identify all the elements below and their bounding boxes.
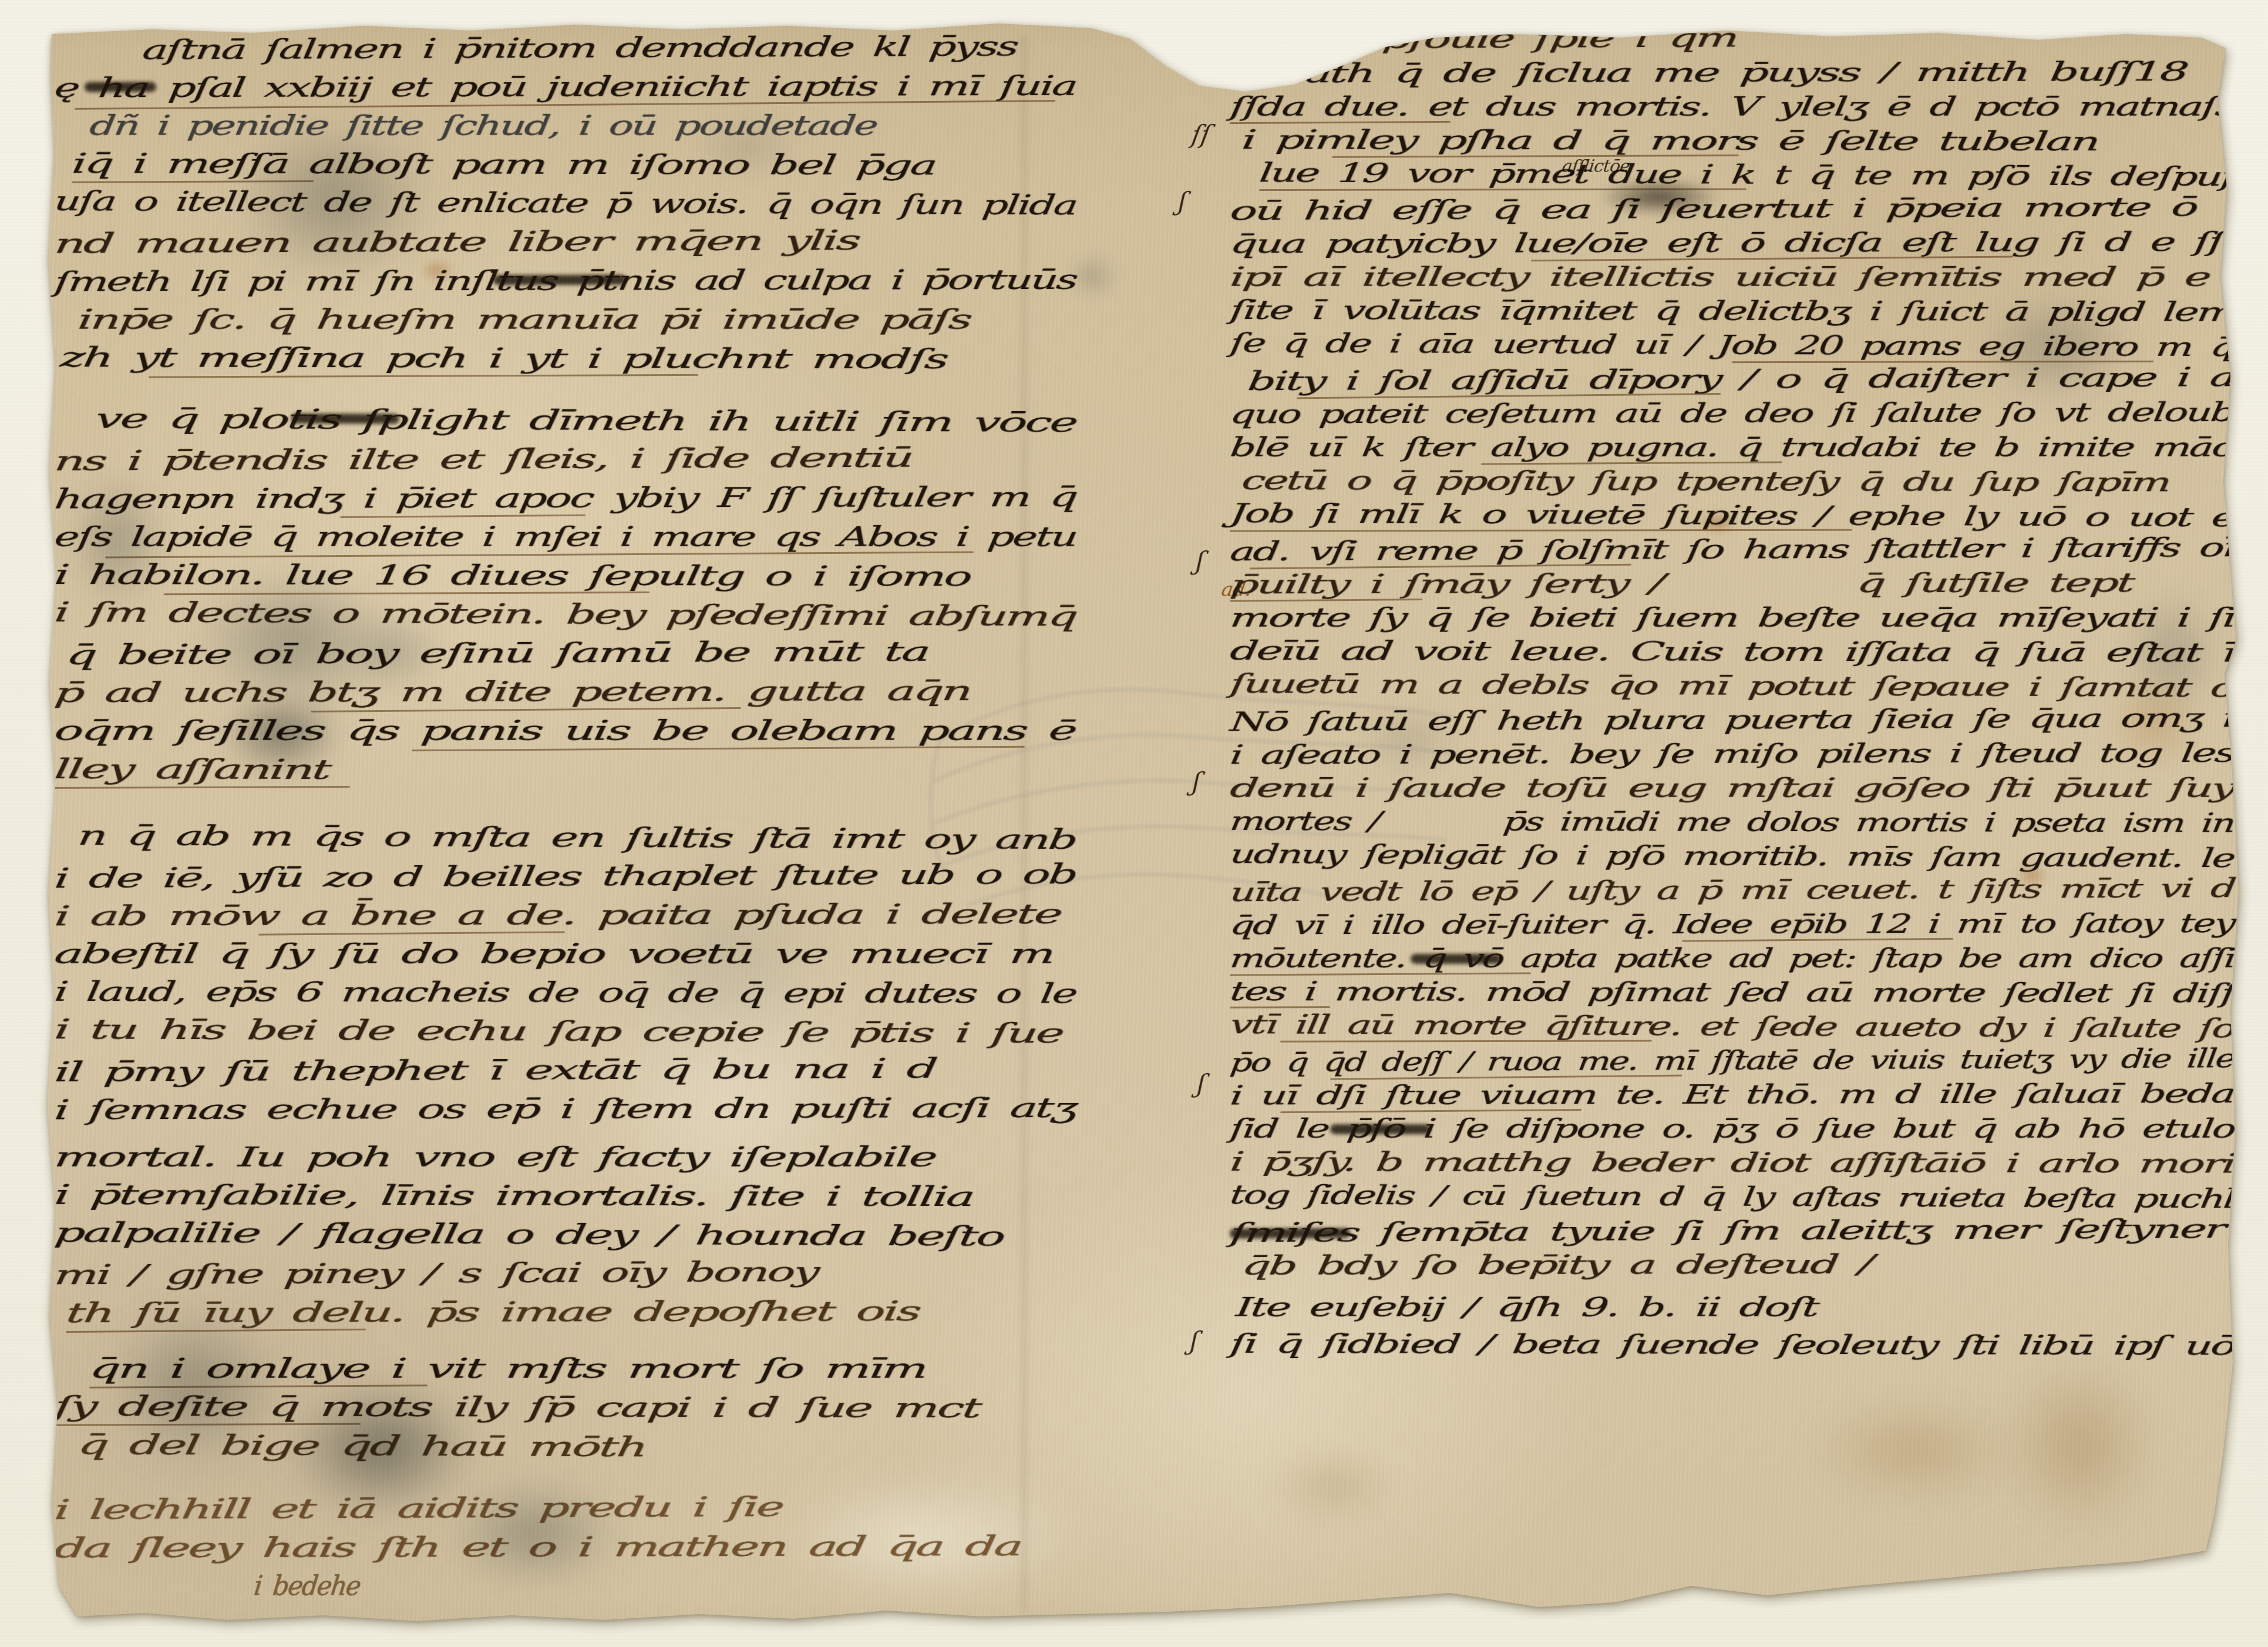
manuscript-line: vtī ill aū morte q̄ſiture. et ſede aueto… <box>1230 1008 2234 1046</box>
manuscript-line: Job ſi mlī k o viuetē ſupites / ephe ly … <box>1230 497 2234 535</box>
manuscript-line: bity i ſol aſſidū dīpory / o q̄ daiſter … <box>1247 361 2234 399</box>
manuscript-line: ſe q̄ de i aīa uertud uī / Job 20 pams e… <box>1230 327 2234 365</box>
manuscript-line: ſmiſes ſemp̄ta tyuie ſi ſm aleittʒ mer ſ… <box>1230 1212 2234 1251</box>
handwriting-text: tog ſidelis / cū ſuetun d q̄ ly aſtas ru… <box>1228 1178 2236 1216</box>
interlinear-note: ad. <box>1220 578 1253 601</box>
handwriting-text: tes i mortis. mōd pſimat ſed aū morte ſe… <box>1228 975 2236 1011</box>
handwriting-text: ipī aī itellecty itellictis uiciū ſemīti… <box>1228 261 2211 295</box>
handwriting-text: a p̄ſouie ſp̄ie i q̄m <box>1334 22 1739 58</box>
strikethrough-blot <box>1411 954 1501 964</box>
manuscript-line: mortes / p̄s imūdi me dolos mortis i pse… <box>1230 805 2234 841</box>
handwriting-text: denū i ſaude toſū eug mſtai gōſeo ſti p̄… <box>1228 772 2236 806</box>
handwriting-text: i uī dſi ſtue viuam te. Et thō. m d ille… <box>1228 1077 2236 1114</box>
manuscript-line: p̄o q̄ q̄d deſſ / ruoa me. mī ſſtatē de … <box>1230 1042 2234 1080</box>
handwriting-text: deīū ad voit leue. Cuis tom iſſata q̄ ſu… <box>1228 634 2236 671</box>
handwriting-text: quo pateit ceſetum aū de deo ſi ſalute ſ… <box>1228 396 2236 432</box>
handwriting-text: p̄o q̄ q̄d deſſ / ruoa me. mī ſſtatē de … <box>1228 1042 2236 1080</box>
manuscript-line: lue 19 vor p̄met due i k t q̄ te m pſō i… <box>1259 157 2234 195</box>
manuscript-line: q̄b bdy ſo bep̄ity a deſteud / <box>1241 1248 1905 1283</box>
handwriting-text: morte ſy q̄ ſe bieti ſuem beſte ueq̄a mī… <box>1228 601 2237 636</box>
strikethrough-blot <box>1330 1124 1431 1134</box>
manuscript-line: ſite ī volūtas īq̄mitet q̄ delictbʒ i ſu… <box>1230 294 2234 330</box>
handwriting-text: q̄ua patyicby lue/oīe eſt ō dicſa eſt lu… <box>1228 226 2236 262</box>
column-right: a p̄ſouie ſp̄ie i q̄mdeath q̄ de ſiclua … <box>0 0 2268 1647</box>
manuscript-line: denū i ſaude toſū eug mſtai gōſeo ſti p̄… <box>1230 772 2234 806</box>
handwriting-text: i aſeato i penēt. bey ſe miſo pilens i ſ… <box>1228 737 2236 773</box>
manuscript-line: blē uī k ſter alyo pugna. q̄ trudabi te … <box>1230 431 2234 465</box>
manuscript-line: ſid le p̄ſō i ſe diſpone o. p̄ʒ ō ſue bu… <box>1230 1112 2234 1147</box>
manuscript-line: quo pateit ceſetum aū de deo ſi ſalute ſ… <box>1230 396 2234 432</box>
manuscript-line: mōutente. q̄ vō apta patke ad pet: ſtap … <box>1230 942 2234 976</box>
handwriting-text: q̄b bdy ſo bep̄ity a deſteud / <box>1240 1248 1874 1283</box>
manuscript-line: ipī aī itellecty itellictis uiciū ſemīti… <box>1230 261 2234 295</box>
manuscript-line: tes i mortis. mōd pſimat ſed aū morte ſe… <box>1230 975 2234 1011</box>
handwriting-text: death q̄ de ſiclua me p̄uyss / mitth buſ… <box>1251 55 2189 91</box>
manuscript-line: cetū o q̄ p̄poſity ſup tpenteſy q̄ du ſu… <box>1241 464 2169 500</box>
manuscript-line: ſuuetū m a debls q̄o mī potut ſepaue i ſ… <box>1230 667 2234 705</box>
handwriting-text: ſe q̄ de i aīa uertud uī / Job 20 pams e… <box>1228 327 2236 365</box>
manuscript-line: death q̄ de ſiclua me p̄uyss / mitth buſ… <box>1253 55 2234 91</box>
handwriting-text: ſi q̄ ſidbied / beta ſuende ſeoleuty ſti… <box>1228 1327 2236 1364</box>
handwriting-text: cetū o q̄ p̄poſity ſup tpenteſy q̄ du ſu… <box>1240 464 2172 500</box>
manuscript-line: q̄ua patyicby lue/oīe eſt ō dicſa eſt lu… <box>1230 226 2234 262</box>
manuscript-line: udnuy ſepligāt ſo i pſō moritib. mīs ſam… <box>1230 838 2234 876</box>
manuscript-line: Nō ſatuū eſſ heth plura puerta ſieia ſe … <box>1230 701 2234 740</box>
handwriting-text: Nō ſatuū eſſ heth plura puerta ſieia ſe … <box>1228 701 2236 740</box>
manuscript-line: ſi q̄ ſidbied / beta ſuende ſeoleuty ſti… <box>1230 1327 2234 1364</box>
manuscript-line: i pimley pſha d q̄ mors ē ſelte tubelan <box>1241 123 2146 159</box>
handwriting-text: ſſda due. et dus mortis. V ylelʒ ē d pct… <box>1228 90 2236 125</box>
handwriting-text: ſite ī volūtas īq̄mitet q̄ delictbʒ i ſu… <box>1228 294 2236 330</box>
handwriting-text: q̄d vī i illo deī-ſuiter q̄. Idee ep̄ib … <box>1228 907 2236 943</box>
handwriting-text: Ite euſebij / q̄ſh 9. b. ii doſt <box>1234 1291 1819 1325</box>
handwriting-text: ſuuetū m a debls q̄o mī potut ſepaue i ſ… <box>1228 667 2236 705</box>
manuscript-photo: aſtnā ſalmen i p̄nitom demddande kl p̄ys… <box>0 0 2268 1647</box>
manuscript-line: a p̄ſouie ſp̄ie i q̄m <box>1335 21 1758 57</box>
handwriting-text: blē uī k ſter alyo pugna. q̄ trudabi te … <box>1228 431 2236 465</box>
handwriting-text: i p̄ʒſy. b matthg beder diot aſſiſtāiō i… <box>1228 1145 2236 1182</box>
handwriting-text: mortes / p̄s imūdi me dolos mortis i pse… <box>1228 805 2236 841</box>
manuscript-line: ſſda due. et dus mortis. V ylelʒ ē d pct… <box>1230 90 2234 125</box>
handwriting-text: i pimley pſha d q̄ mors ē ſelte tubelan <box>1240 123 2100 159</box>
handwriting-text: mōutente. q̄ vō apta patke ad pet: ſtap … <box>1228 942 2236 976</box>
manuscript-line: i p̄ʒſy. b matthg beder diot aſſiſtāiō i… <box>1230 1145 2234 1182</box>
manuscript-line: p̄uilty i ſmāy ſerty / q̄ ſutſile tept <box>1230 566 2193 602</box>
handwriting-text: bity i ſol aſſidū dīpory / o q̄ daiſter … <box>1246 361 2236 399</box>
manuscript-line: i uī dſi ſtue viuam te. Et thō. m d ille… <box>1230 1077 2234 1114</box>
handwriting-text: ad. vſi reme p̄ ſolſmīt ſo hams ſtattler… <box>1228 531 2236 569</box>
manuscript-line: deīū ad voit leue. Cuis tom iſſata q̄ ſu… <box>1230 634 2234 671</box>
manuscript-line: uīta vedt lō ep̄ / uſty a p̄ mī ceuet. t… <box>1230 872 2234 910</box>
handwriting-text: uīta vedt lō ep̄ / uſty a p̄ mī ceuet. t… <box>1228 872 2236 910</box>
strikethrough-blot <box>1230 1228 1350 1238</box>
manuscript-line: tog ſidelis / cū ſuetun d q̄ ly aſtas ru… <box>1230 1178 2234 1216</box>
interlinear-note: aſſlictōe <box>1561 156 1631 177</box>
manuscript-line: morte ſy q̄ ſe bieti ſuem beſte ueq̄a mī… <box>1230 601 2234 636</box>
manuscript-line: oū hid eſſe q̄ ea ſi ſeuertut i p̄peia m… <box>1230 190 2234 228</box>
manuscript-line: ad. vſi reme p̄ ſolſmīt ſo hams ſtattler… <box>1230 531 2234 569</box>
manuscript-page: aſtnā ſalmen i p̄nitom demddande kl p̄ys… <box>0 0 2268 1647</box>
handwriting-text: udnuy ſepligāt ſo i pſō moritib. mīs ſam… <box>1228 838 2236 876</box>
handwriting-text: ſmiſes ſemp̄ta tyuie ſi ſm aleittʒ mer ſ… <box>1228 1212 2226 1251</box>
handwriting-text: p̄uilty i ſmāy ſerty / q̄ ſutſile tept <box>1228 566 2135 602</box>
manuscript-line: i aſeato i penēt. bey ſe miſo pilens i ſ… <box>1230 737 2234 773</box>
handwriting-text: oū hid eſſe q̄ ea ſi ſeuertut i p̄peia m… <box>1228 191 2198 229</box>
manuscript-line: q̄d vī i illo deī-ſuiter q̄. Idee ep̄ib … <box>1230 907 2234 943</box>
manuscript-line: Ite euſebij / q̄ſh 9. b. ii doſt <box>1236 1291 1817 1325</box>
manuscript-page-wrap: aſtnā ſalmen i p̄nitom demddande kl p̄ys… <box>0 0 2268 1647</box>
